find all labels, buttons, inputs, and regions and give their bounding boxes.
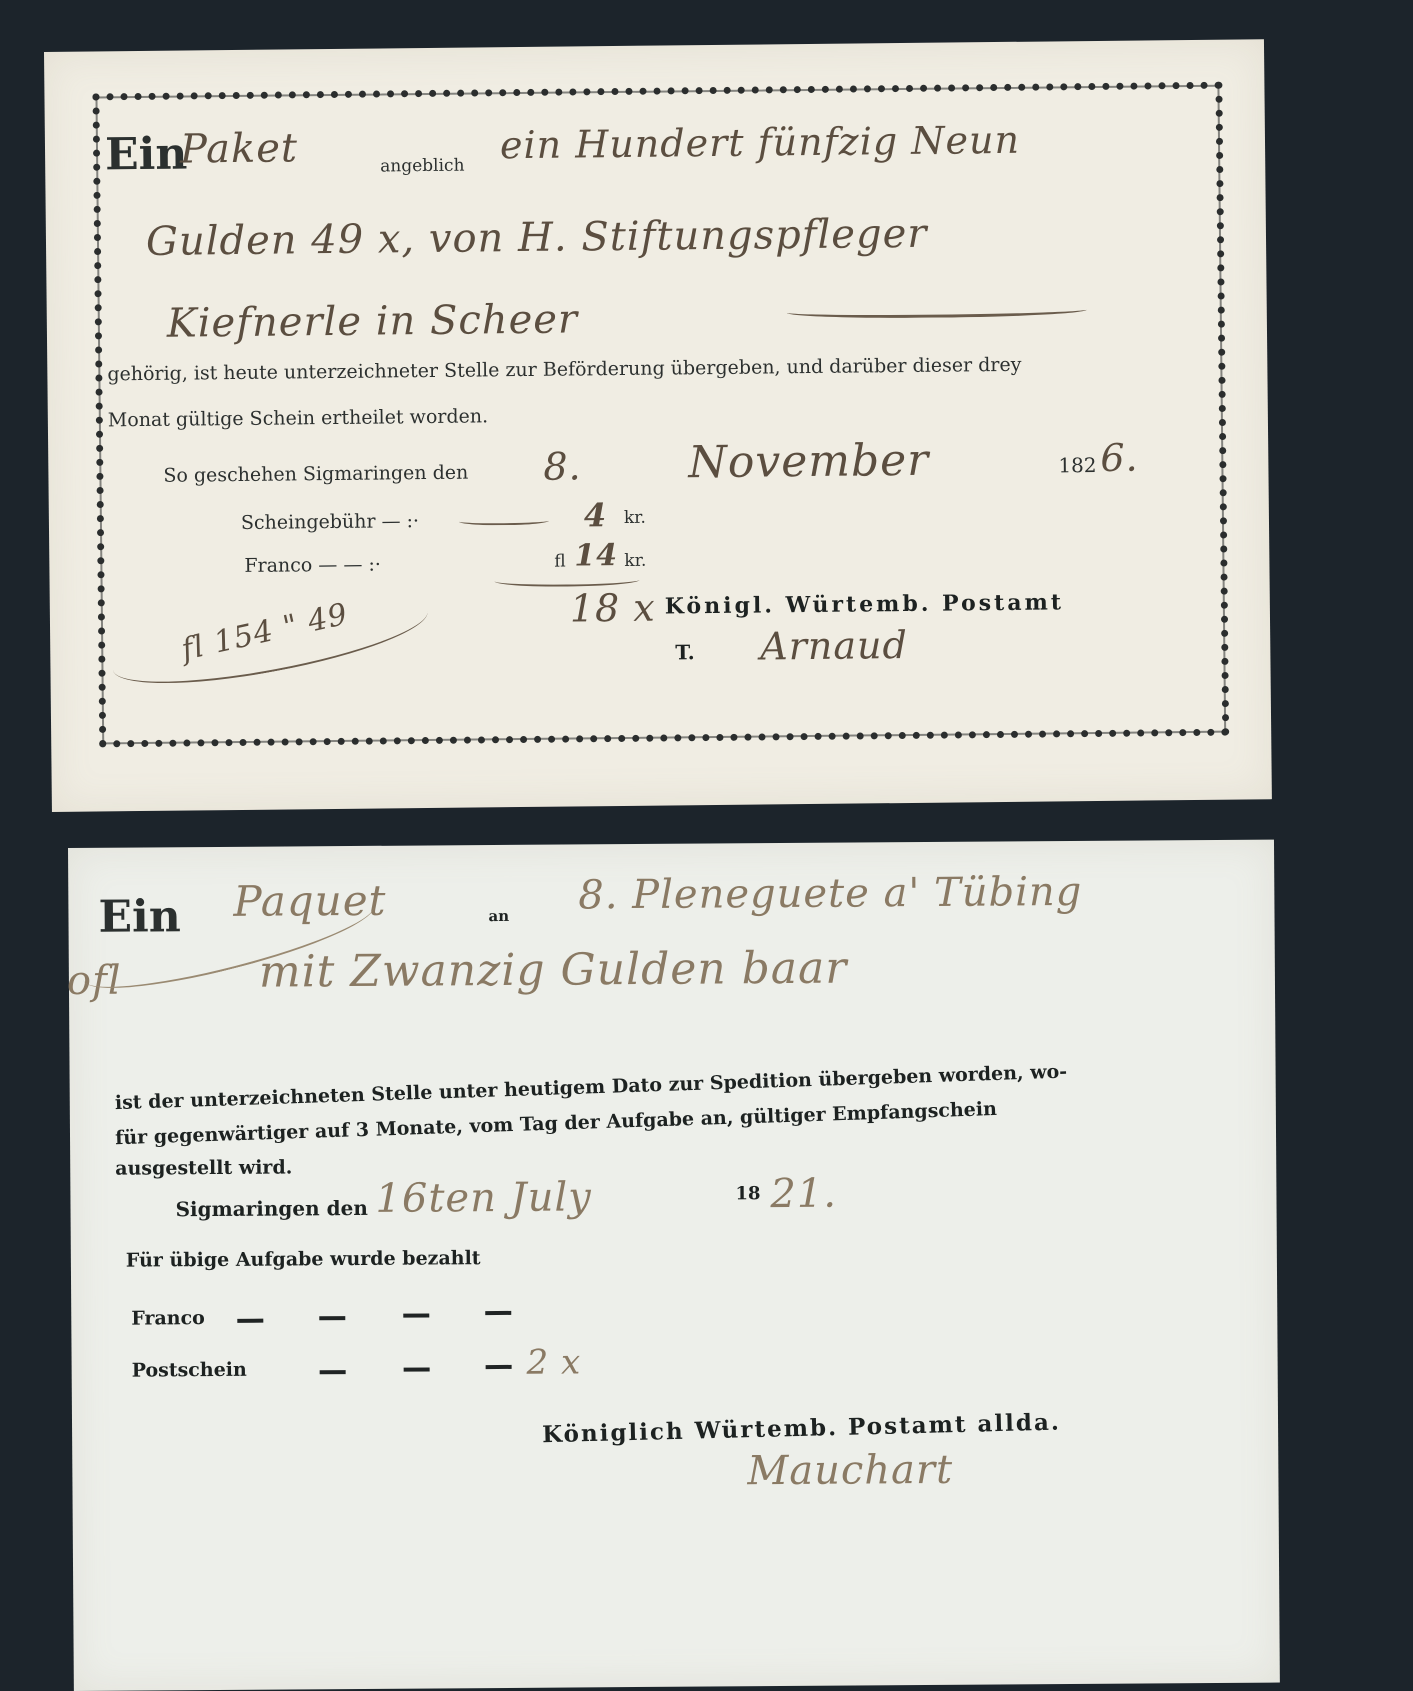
printed-place-date: So geschehen Sigmaringen den — [163, 462, 468, 487]
handwritten-contents: mit Zwanzig Gulden baar — [259, 943, 848, 998]
dash — [485, 1311, 511, 1315]
printed-paid-heading: Für übige Aufgabe wurde bezahlt — [126, 1247, 481, 1271]
printed-post-office: Königl. Würtemb. Postamt — [665, 589, 1064, 619]
printed-year-prefix: 182 — [1058, 453, 1096, 477]
printed-initial-t: T. — [675, 640, 695, 664]
receipt-1926-postal-form: Ein Paket angeblich ein Hundert fünfzig … — [44, 39, 1272, 812]
handwritten-amount-line1: ein Hundert fünfzig Neun — [500, 118, 1020, 167]
printed-year-prefix: 18 — [735, 1183, 760, 1204]
printed-franco-label: Franco — [131, 1307, 205, 1330]
printed-an: an — [488, 907, 509, 925]
handwritten-month: November — [688, 435, 929, 489]
dash — [320, 1370, 346, 1374]
printed-line-3: ausgestellt wird. — [115, 1156, 292, 1179]
printed-fee-label: Scheingebühr — :· — [241, 510, 419, 534]
printed-franco-label: Franco — — :· — [244, 554, 381, 577]
printed-post-office: Königlich Würtemb. Postamt allda. — [542, 1409, 1061, 1449]
dash — [403, 1313, 429, 1317]
printed-fl: fl — [554, 552, 566, 572]
handwritten-signature: Arnaud — [760, 623, 908, 669]
handwritten-total: 18 x — [570, 586, 656, 631]
handwritten-year-digit: 6. — [1100, 436, 1139, 480]
handwritten-day: 8. — [543, 444, 582, 488]
printed-kr-1: kr. — [624, 508, 646, 528]
handwritten-year-digits: 21. — [770, 1171, 837, 1217]
handwritten-date: 16ten July — [375, 1174, 592, 1222]
handwritten-fee-value: 4 — [584, 496, 608, 534]
dash — [237, 1319, 263, 1323]
receipt-1821-postal-form: Ein Paquet an 8. Pleneguete a' Tübing of… — [68, 840, 1280, 1691]
handwritten-recipient: 8. Pleneguete a' Tübing — [578, 869, 1082, 919]
dash — [404, 1367, 430, 1371]
dash — [486, 1365, 512, 1369]
handwritten-amount-line2: Gulden 49 x, von H. Stiftungspfleger — [146, 211, 928, 265]
handwritten-signature: Mauchart — [747, 1447, 953, 1494]
printed-kr-2: kr. — [624, 551, 646, 571]
handwritten-franco-value: 14 — [574, 538, 618, 573]
dash — [319, 1316, 345, 1320]
printed-line-2: Monat gültige Schein ertheilet worden. — [108, 405, 488, 431]
ornamental-initial: Ein — [105, 129, 188, 181]
printed-postschein-label: Postschein — [132, 1359, 247, 1382]
handwritten-item: Paket — [180, 125, 298, 172]
handwritten-postschein-value: 2 x — [526, 1342, 581, 1382]
printed-place-date: Sigmaringen den — [175, 1196, 367, 1221]
printed-angeblich: angeblich — [380, 156, 464, 177]
handwritten-amount-line3: Kiefnerle in Scheer — [167, 296, 579, 346]
